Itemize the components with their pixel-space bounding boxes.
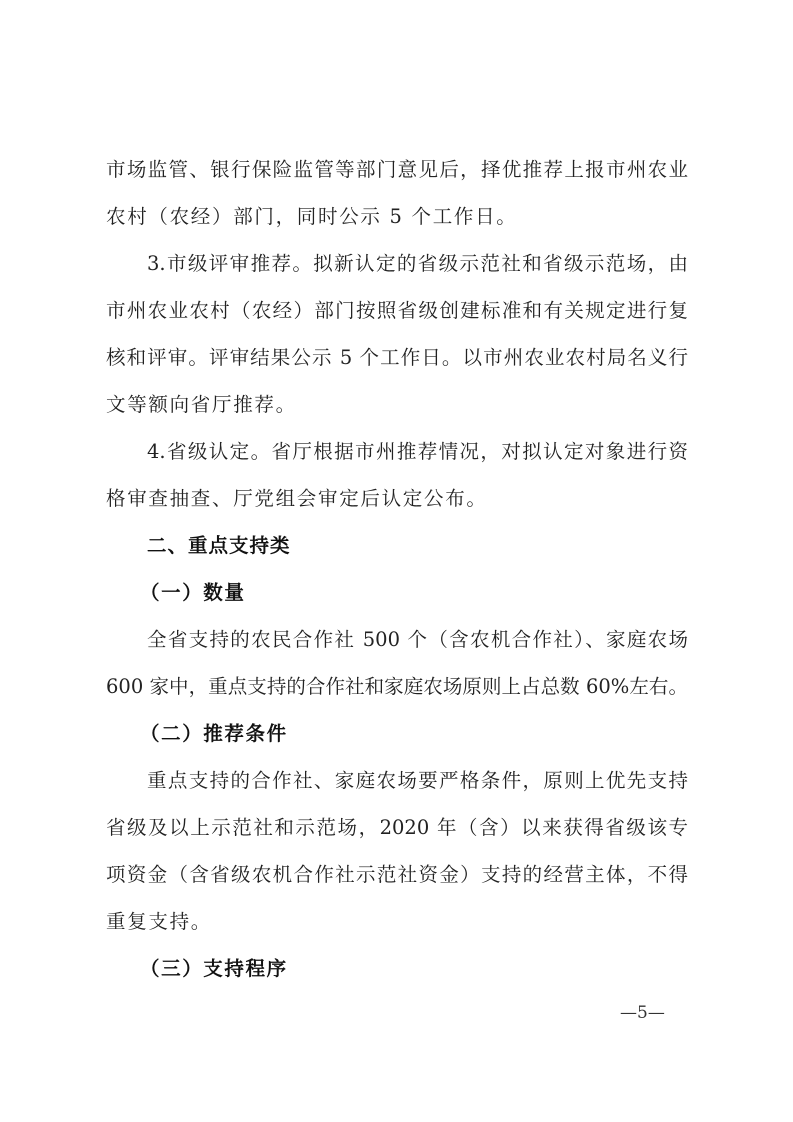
paragraph-line: 重点支持的合作社、家庭农场要严格条件，原则上优先支持 <box>147 767 688 795</box>
page-number: —5— <box>620 1003 665 1023</box>
paragraph-line: 4.省级认定。省厅根据市州推荐情况，对拟认定对象进行资 <box>147 438 688 466</box>
paragraph-line: 文等额向省厅推荐。 <box>106 391 297 419</box>
subsection-heading: （二）推荐条件 <box>140 720 288 748</box>
subsection-heading: （一）数量 <box>140 579 246 607</box>
paragraph-line: 省级及以上示范社和示范场，2020 年（含）以来获得省级该专 <box>106 814 688 842</box>
paragraph-line: 3.市级评审推荐。拟新认定的省级示范社和省级示范场，由 <box>147 250 688 278</box>
paragraph-line: 项资金（含省级农机合作社示范社资金）支持的经营主体，不得 <box>106 861 688 889</box>
paragraph-line: 核和评审。评审结果公示 5 个工作日。以市州农业农村局名义行 <box>106 344 688 372</box>
paragraph-line: 全省支持的农民合作社 500 个（含农机合作社）、家庭农场 <box>147 626 688 654</box>
section-heading: 二、重点支持类 <box>147 532 291 560</box>
paragraph-line: 市州农业农村（农经）部门按照省级创建标准和有关规定进行复 <box>106 297 688 325</box>
paragraph-line: 农村（农经）部门，同时公示 5 个工作日。 <box>106 203 518 231</box>
paragraph-line: 重复支持。 <box>106 908 212 936</box>
paragraph-line: 600 家中，重点支持的合作社和家庭农场原则上占总数 60%左右。 <box>106 673 688 701</box>
paragraph-line: 市场监管、银行保险监管等部门意见后，择优推荐上报市州农业 <box>106 156 688 184</box>
paragraph-line: 格审查抽查、厅党组会审定后认定公布。 <box>106 485 488 513</box>
subsection-heading: （三）支持程序 <box>140 955 288 983</box>
